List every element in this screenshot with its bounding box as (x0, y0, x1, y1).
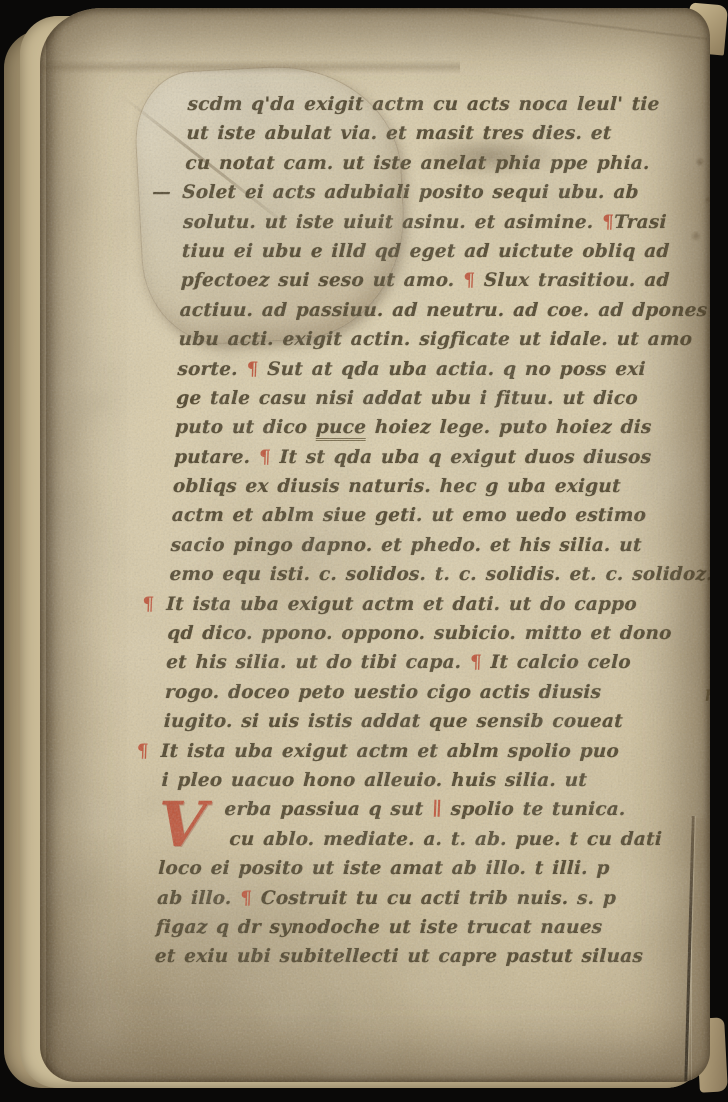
manuscript-text: scdm q'da exigit actm cu acts noca leul'… (154, 94, 710, 976)
text-line-22: iugito. si uis istis addat que sensib co… (163, 711, 710, 740)
text-segment: pfectoez sui seso ut amo. (180, 270, 463, 291)
fold-shadow-top (40, 60, 460, 74)
rubric-mark: ¶ (470, 652, 483, 673)
text-segment: It calcio celo (482, 652, 632, 673)
text-line-1: scdm q'da exigit actm cu acts noca leul'… (187, 94, 710, 123)
text-line-20: et his silia. ut do tibi capa. ¶ It calc… (165, 652, 710, 681)
text-segment: et exiu ubi subitellecti ut capre pastut… (154, 946, 643, 967)
text-segment: ubu acti. exigit actin. sigficate ut ida… (178, 329, 693, 350)
text-segment: Solet ei acts adubiali posito sequi ubu.… (182, 182, 639, 203)
text-line-10: sorte. ¶ Sut at qda uba actia. q no poss… (177, 359, 710, 388)
text-line-2: ut iste abulat via. et masit tres dies. … (186, 123, 710, 152)
text-segment: cu notat cam. ut iste anelat phia ppe ph… (185, 153, 650, 174)
text-segment: ge tale casu nisi addat ubu i fituu. ut … (176, 388, 638, 409)
text-segment: ab illo. (157, 888, 241, 909)
text-segment: emo equ isti. c. solidos. t. c. solidis.… (169, 564, 710, 585)
text-lines: scdm q'da exigit actm cu acts noca leul'… (154, 94, 710, 976)
text-line-5: solutu. ut iste uiuit asinu. et asimine.… (182, 212, 710, 241)
text-line-12: puto ut dico puce hoiez lege. puto hoiez… (174, 417, 710, 446)
text-segment: Trasi (614, 212, 667, 233)
text-line-19: qd dico. ppono. oppono. subicio. mitto e… (167, 623, 710, 652)
text-line-16: sacio pingo dapno. et phedo. et his sili… (170, 535, 710, 564)
manuscript-photo: scdm q'da exigit actm cu acts noca leul'… (0, 0, 728, 1102)
text-line-6: tiuu ei ubu e illd qd eget ad uictute ob… (181, 241, 710, 270)
rubric-mark: ¶ (136, 741, 161, 762)
text-segment: puce (315, 417, 366, 441)
text-line-29: figaz q dr synodoche ut iste trucat naue… (155, 917, 710, 946)
text-line-3: cu notat cam. ut iste anelat phia ppe ph… (185, 153, 710, 182)
text-segment: et his silia. ut do tibi capa. (166, 652, 471, 673)
text-line-8: actiuu. ad passiuu. ad neutru. ad coe. a… (179, 300, 710, 329)
text-line-15: actm et ablm siue geti. ut emo uedo esti… (171, 505, 710, 534)
text-line-30: et exiu ubi subitellecti ut capre pastut… (154, 946, 710, 975)
text-line-25: Verba passiua q sut ∥ spolio te tunica. (160, 799, 710, 828)
text-segment: It st qda uba q exigut duos diusos (271, 447, 652, 468)
rubric-mark: ¶ (142, 594, 167, 615)
text-line-7: pfectoez sui seso ut amo. ¶ Slux trasiti… (180, 270, 710, 299)
text-segment: i pleo uacuo hono alleuio. huis silia. u… (161, 770, 587, 791)
text-line-27: loco ei posito ut iste amat ab illo. t i… (158, 858, 710, 887)
text-segment: Sut at qda uba actia. q no poss exi (258, 359, 646, 380)
text-line-21: rogo. doceo peto uestio cigo actis diusi… (164, 682, 710, 711)
text-segment: It ista uba exigut actm et ablm spolio p… (160, 741, 619, 762)
rubric-mark: ¶ (246, 359, 259, 380)
text-segment: putare. (174, 447, 260, 468)
manuscript-page: scdm q'da exigit actm cu acts noca leul'… (40, 8, 710, 1082)
text-segment: Costruit tu cu acti trib nuis. s. p (252, 888, 617, 909)
text-line-13: putare. ¶ It st qda uba q exigut duos di… (173, 447, 710, 476)
text-segment: solutu. ut iste uiuit asinu. et asimine. (183, 212, 603, 233)
text-segment: figaz q dr synodoche ut iste trucat naue… (156, 917, 603, 938)
margin-note: hec (705, 685, 710, 705)
text-segment: tiuu ei ubu e illd qd eget ad uictute ob… (182, 241, 670, 262)
rubric-mark: ¶ (240, 888, 253, 909)
text-segment: loco ei posito ut iste amat ab illo. t i… (158, 858, 610, 879)
text-line-28: ab illo. ¶ Costruit tu cu acti trib nuis… (156, 888, 710, 917)
text-segment: qd dico. ppono. oppono. subicio. mitto e… (167, 623, 672, 644)
text-line-9: ubu acti. exigit actin. sigficate ut ida… (178, 329, 710, 358)
text-segment: sacio pingo dapno. et phedo. et his sili… (170, 535, 642, 556)
text-segment: hoiez lege. puto hoiez dis (366, 417, 652, 438)
text-segment: ut iste abulat via. et masit tres dies. … (186, 123, 612, 144)
text-segment: sorte. (177, 359, 247, 380)
text-segment: — (152, 182, 183, 203)
text-line-23: ¶It ista uba exigut actm et ablm spolio … (162, 741, 710, 770)
gutter-shadow-left (46, 8, 64, 1082)
text-segment: obliqs ex diusis naturis. hec g uba exig… (173, 476, 622, 497)
rubric-mark: ¶ (259, 447, 272, 468)
text-segment: actiuu. ad passiuu. ad neutru. ad coe. a… (179, 300, 707, 321)
text-segment: erba passiua q sut (224, 799, 432, 820)
text-segment: Slux trasitiou. ad (475, 270, 670, 291)
text-segment: rogo. doceo peto uestio cigo actis diusi… (165, 682, 602, 703)
crease-line-top-right (469, 9, 710, 41)
text-line-11: ge tale casu nisi addat ubu i fituu. ut … (176, 388, 710, 417)
text-line-18: ¶It ista uba exigut actm et dati. ut do … (168, 594, 710, 623)
text-segment: cu ablo. mediate. a. t. ab. pue. t cu da… (229, 829, 662, 850)
text-line-14: obliqs ex diusis naturis. hec g uba exig… (172, 476, 710, 505)
text-line-17: emo equ isti. c. solidos. t. c. solidis.… (169, 564, 710, 593)
text-segment: spolio te tunica. (442, 799, 626, 820)
text-line-26: cu ablo. mediate. a. t. ab. pue. t cu da… (159, 829, 710, 858)
text-segment: scdm q'da exigit actm cu acts noca leul'… (187, 94, 660, 115)
text-segment: iugito. si uis istis addat que sensib co… (163, 711, 623, 732)
rubric-mark: ¶ (602, 212, 615, 233)
text-segment: puto ut dico (175, 417, 317, 438)
text-segment: actm et ablm siue geti. ut emo uedo esti… (171, 505, 646, 526)
text-segment: It ista uba exigut actm et dati. ut do c… (166, 594, 637, 615)
text-line-4: —Solet ei acts adubiali posito sequi ubu… (183, 182, 710, 211)
text-line-24: i pleo uacuo hono alleuio. huis silia. u… (161, 770, 710, 799)
